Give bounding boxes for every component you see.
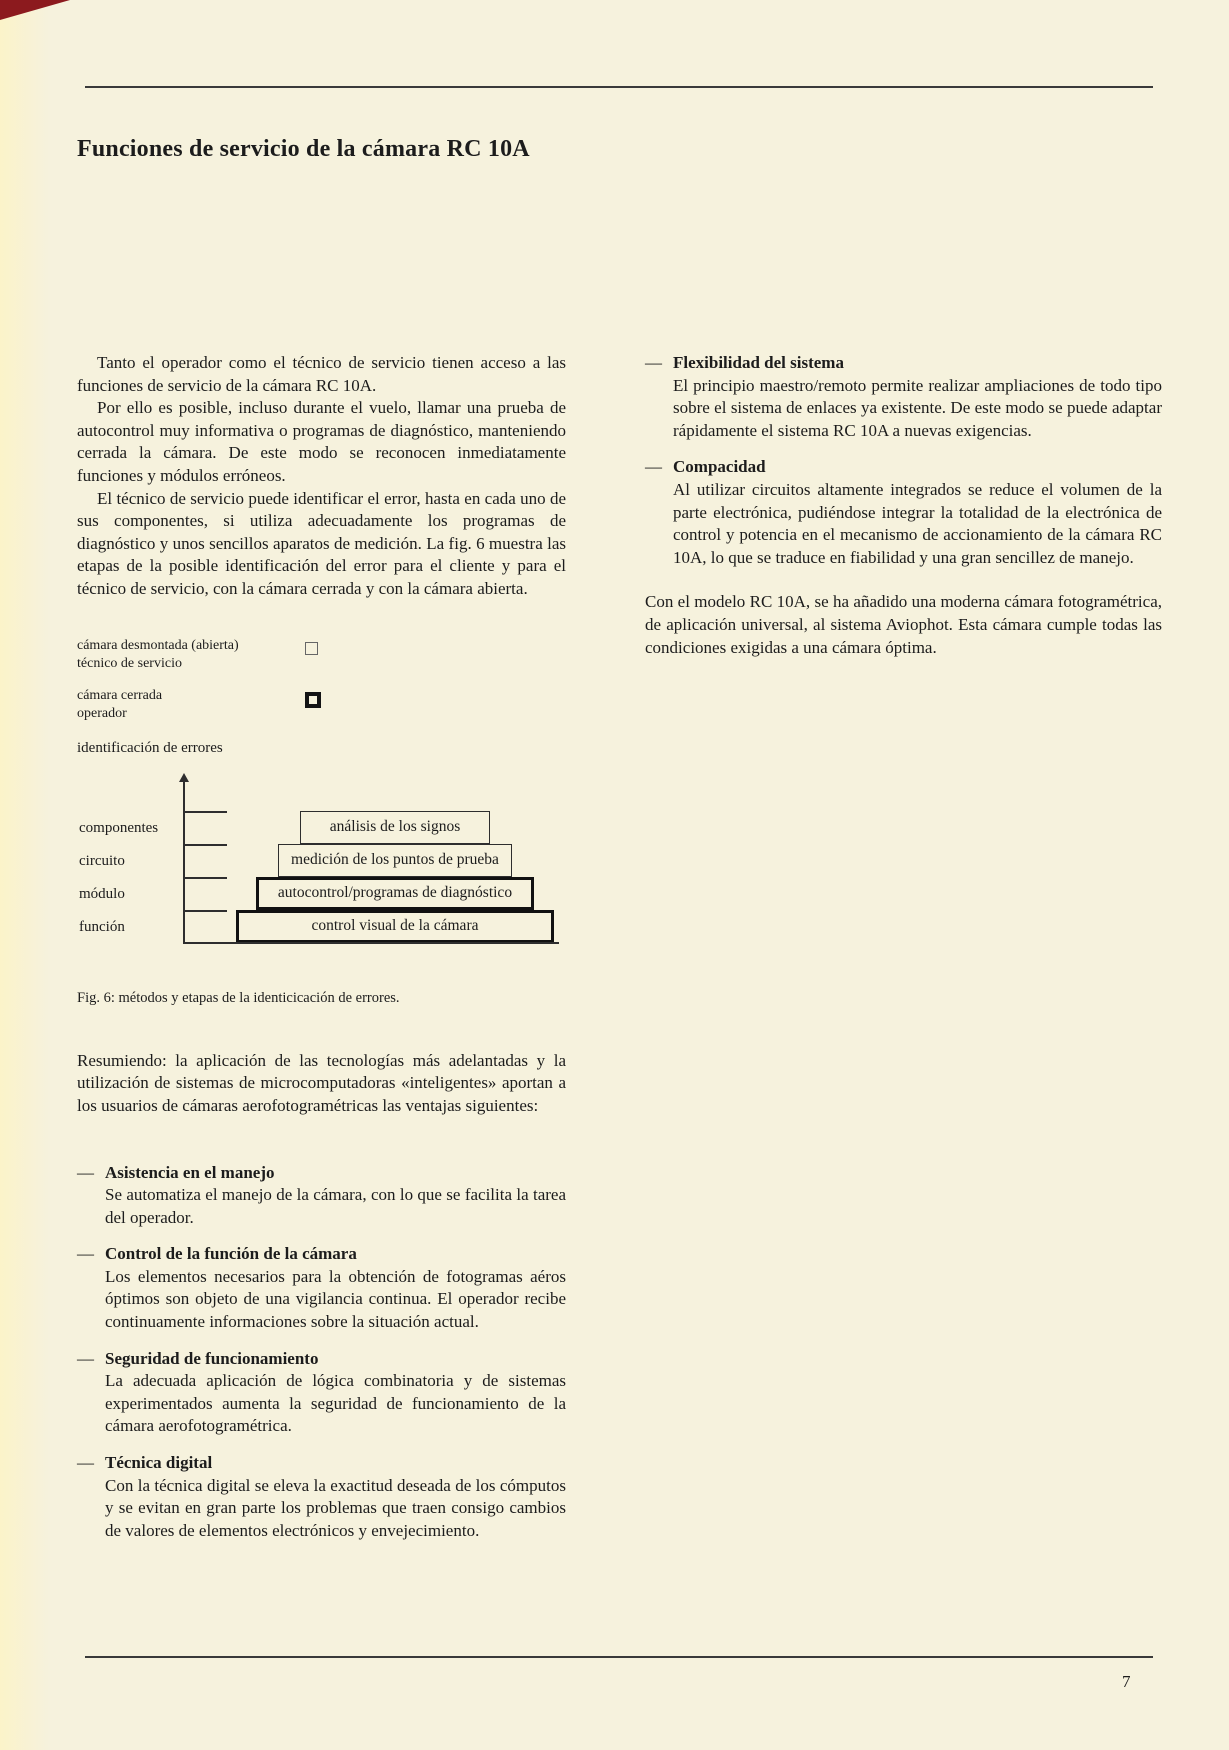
pyramid-box-medicion: medición de los puntos de prueba: [278, 844, 512, 877]
bullet-dash: —: [645, 352, 662, 375]
axis-tick: [183, 910, 227, 912]
bullet-body: Se automatiza el manejo de la cámara, co…: [105, 1184, 566, 1229]
legend-label-line: cámara desmontada (abierta): [77, 637, 305, 655]
axis-tick: [183, 844, 227, 846]
advantages-list: — Asistencia en el manejo Se automatiza …: [77, 1162, 566, 1543]
bottom-rule: [85, 1656, 1153, 1658]
level-label-componentes: componentes: [79, 819, 158, 837]
bullet-dash: —: [77, 1162, 94, 1185]
bullet-heading: Flexibilidad del sistema: [673, 353, 844, 372]
document-page: Funciones de servicio de la cámara RC 10…: [0, 0, 1229, 1750]
summary-paragraph: Resumiendo: la aplicación de las tecnolo…: [77, 1050, 566, 1118]
figure-caption: Fig. 6: métodos y etapas de la identicic…: [77, 987, 566, 1010]
open-square-icon: [305, 642, 318, 655]
axis-title: identificación de errores: [77, 737, 566, 760]
pyramid-box-autocontrol: autocontrol/programas de diagnóstico: [256, 877, 534, 910]
paragraph: Tanto el operador como el técnico de ser…: [77, 352, 566, 397]
legend-label-line: cámara cerrada: [77, 687, 305, 705]
bullet-heading: Asistencia en el manejo: [105, 1163, 275, 1182]
bullet-body: El principio maestro/remoto permite real…: [673, 375, 1162, 443]
bullet-dash: —: [77, 1452, 94, 1475]
axis-tick: [183, 877, 227, 879]
legend-item-closed-camera: cámara cerrada operador: [77, 687, 566, 723]
pyramid-box-control-visual: control visual de la cámara: [236, 910, 554, 943]
bullet-dash: —: [77, 1348, 94, 1371]
bullet-body: Con la técnica digital se eleva la exact…: [105, 1475, 566, 1543]
bullet-dash: —: [645, 456, 662, 479]
bullet-heading: Técnica digital: [105, 1453, 212, 1472]
bullet-dash: —: [77, 1243, 94, 1266]
bullet-item: — Compacidad Al utilizar circuitos altam…: [645, 456, 1162, 569]
bullet-item: — Seguridad de funcionamiento La adecuad…: [77, 1348, 566, 1438]
bullet-heading: Seguridad de funcionamiento: [105, 1349, 318, 1368]
legend-label: cámara cerrada operador: [77, 687, 305, 723]
diagram-baseline: [183, 942, 559, 944]
bullet-heading: Compacidad: [673, 457, 766, 476]
legend-item-open-camera: cámara desmontada (abierta) técnico de s…: [77, 637, 566, 673]
bullet-body: La adecuada aplicación de lógica combina…: [105, 1370, 566, 1438]
bullet-body: Al utilizar circuitos altamente integrad…: [673, 479, 1162, 569]
bullet-body: Los elementos necesarios para la obtenci…: [105, 1266, 566, 1334]
figure-legend: cámara desmontada (abierta) técnico de s…: [77, 637, 566, 723]
bold-square-icon: [305, 692, 321, 708]
legend-label: cámara desmontada (abierta) técnico de s…: [77, 637, 305, 673]
bullet-item: — Flexibilidad del sistema El principio …: [645, 352, 1162, 442]
error-identification-pyramid-diagram: componentes circuito módulo función anál…: [77, 775, 566, 945]
level-label-circuito: circuito: [79, 852, 125, 870]
scan-corner-artifact: [0, 0, 70, 20]
bullet-item: — Control de la función de la cámara Los…: [77, 1243, 566, 1333]
page-title: Funciones de servicio de la cámara RC 10…: [77, 136, 530, 163]
top-rule: [85, 86, 1153, 88]
axis-line: [183, 781, 185, 943]
left-column: Tanto el operador como el técnico de ser…: [77, 352, 566, 1556]
level-label-modulo: módulo: [79, 885, 125, 903]
right-column: — Flexibilidad del sistema El principio …: [645, 352, 1162, 659]
legend-label-line: técnico de servicio: [77, 655, 305, 673]
legend-label-line: operador: [77, 705, 305, 723]
paragraph: Por ello es posible, incluso durante el …: [77, 397, 566, 487]
bullet-item: — Técnica digital Con la técnica digital…: [77, 1452, 566, 1542]
closing-paragraph: Con el modelo RC 10A, se ha añadido una …: [645, 591, 1162, 659]
bullet-heading: Control de la función de la cámara: [105, 1244, 357, 1263]
pyramid-box-analisis: análisis de los signos: [300, 811, 490, 844]
page-number: 7: [1122, 1672, 1131, 1692]
level-label-funcion: función: [79, 918, 125, 936]
axis-tick: [183, 811, 227, 813]
paragraph: El técnico de servicio puede identificar…: [77, 488, 566, 601]
bullet-item: — Asistencia en el manejo Se automatiza …: [77, 1162, 566, 1230]
